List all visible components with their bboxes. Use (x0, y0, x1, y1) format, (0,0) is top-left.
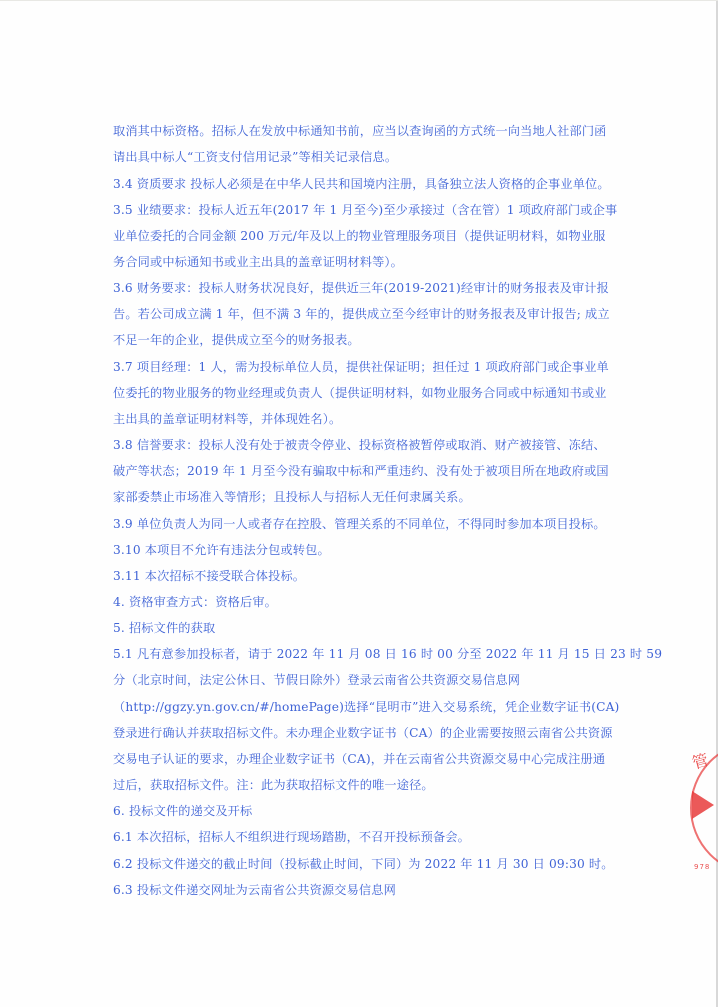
text-line: 不足一年的企业，提供成立至今的财务报表。 (113, 332, 360, 348)
text-line: 登录进行确认并获取招标文件。未办理企业数字证书（CA）的企业需要按照云南省公共资… (113, 725, 613, 741)
text-line: 3.6 财务要求：投标人财务状况良好，提供近三年(2019-2021)经审计的财… (113, 280, 609, 296)
text-line: 主出具的盖章证明材料等，并体现姓名）。 (113, 411, 341, 427)
text-line: （http://ggzy.yn.gov.cn/#/homePage)选择“昆明市… (113, 699, 619, 715)
text-line: 告。若公司成立满 1 年，但不满 3 年的，提供成立至今经审计的财务报表及审计报… (113, 306, 610, 322)
text-line: 6. 投标文件的递交及开标 (113, 803, 252, 819)
text-line: 5.1 凡有意参加投标者，请于 2022 年 11 月 08 日 16 时 00… (113, 646, 662, 662)
text-line: 请出具中标人“工资支付信用记录”等相关记录信息。 (113, 149, 397, 165)
seal-text: 管 (689, 747, 710, 773)
seal-star-icon (692, 791, 714, 819)
text-line: 4. 资格审查方式：资格后审。 (113, 594, 277, 610)
text-line: 3.10 本项目不允许有违法分包或转包。 (113, 542, 330, 558)
text-line: 分（北京时间，法定公休日、节假日除外）登录云南省公共资源交易信息网 (113, 672, 520, 688)
text-line: 过后，获取招标文件。注：此为获取招标文件的唯一途径。 (113, 777, 434, 793)
text-line: 务合同或中标通知书或业主出具的盖章证明材料等）。 (113, 254, 403, 270)
text-line: 业单位委托的合同金额 200 万元/年及以上的物业管理服务项目（提供证明材料，如… (113, 228, 606, 244)
text-line: 5. 招标文件的获取 (113, 620, 215, 636)
text-line: 3.4 资质要求 投标人必须是在中华人民共和国境内注册，具备独立法人资格的企事业… (113, 176, 610, 192)
text-line: 取消其中标资格。招标人在发放中标通知书前，应当以查询函的方式统一向当地人社部门函 (113, 123, 607, 139)
seal-number: 978 (694, 863, 710, 871)
text-line: 破产等状态；2019 年 1 月至今没有骗取中标和严重违约、没有处于被项目所在地… (113, 463, 609, 479)
text-line: 3.5 业绩要求：投标人近五年(2017 年 1 月至今)至少承接过（含在管）1… (113, 202, 617, 218)
text-line: 家部委禁止市场准入等情形；且投标人与招标人无任何隶属关系。 (113, 489, 471, 505)
text-line: 6.1 本次招标，招标人不组织进行现场踏勘，不召开投标预备会。 (113, 829, 470, 845)
text-line: 6.2 投标文件递交的截止时间（投标截止时间，下同）为 2022 年 11 月 … (113, 856, 614, 872)
text-line: 3.8 信誉要求：投标人没有处于被责令停业、投标资格被暂停或取消、财产被接管、冻… (113, 437, 606, 453)
text-line: 交易电子认证的要求，办理企业数字证书（CA)，并在云南省公共资源交易中心完成注册… (113, 751, 605, 767)
text-line: 3.9 单位负责人为同一人或者存在控股、管理关系的不同单位，不得同时参加本项目投… (113, 516, 606, 532)
text-line: 3.7 项目经理：1 人，需为投标单位人员，提供社保证明；担任过 1 项政府部门… (113, 359, 609, 375)
text-line: 位委托的物业服务的物业经理或负责人（提供证明材料，如物业服务合同或中标通知书或业 (113, 385, 607, 401)
document-page: 取消其中标资格。招标人在发放中标通知书前，应当以查询函的方式统一向当地人社部门函… (0, 0, 718, 1007)
text-line: 6.3 投标文件递交网址为云南省公共资源交易信息网 (113, 882, 396, 898)
text-line: 3.11 本次招标不接受联合体投标。 (113, 568, 305, 584)
